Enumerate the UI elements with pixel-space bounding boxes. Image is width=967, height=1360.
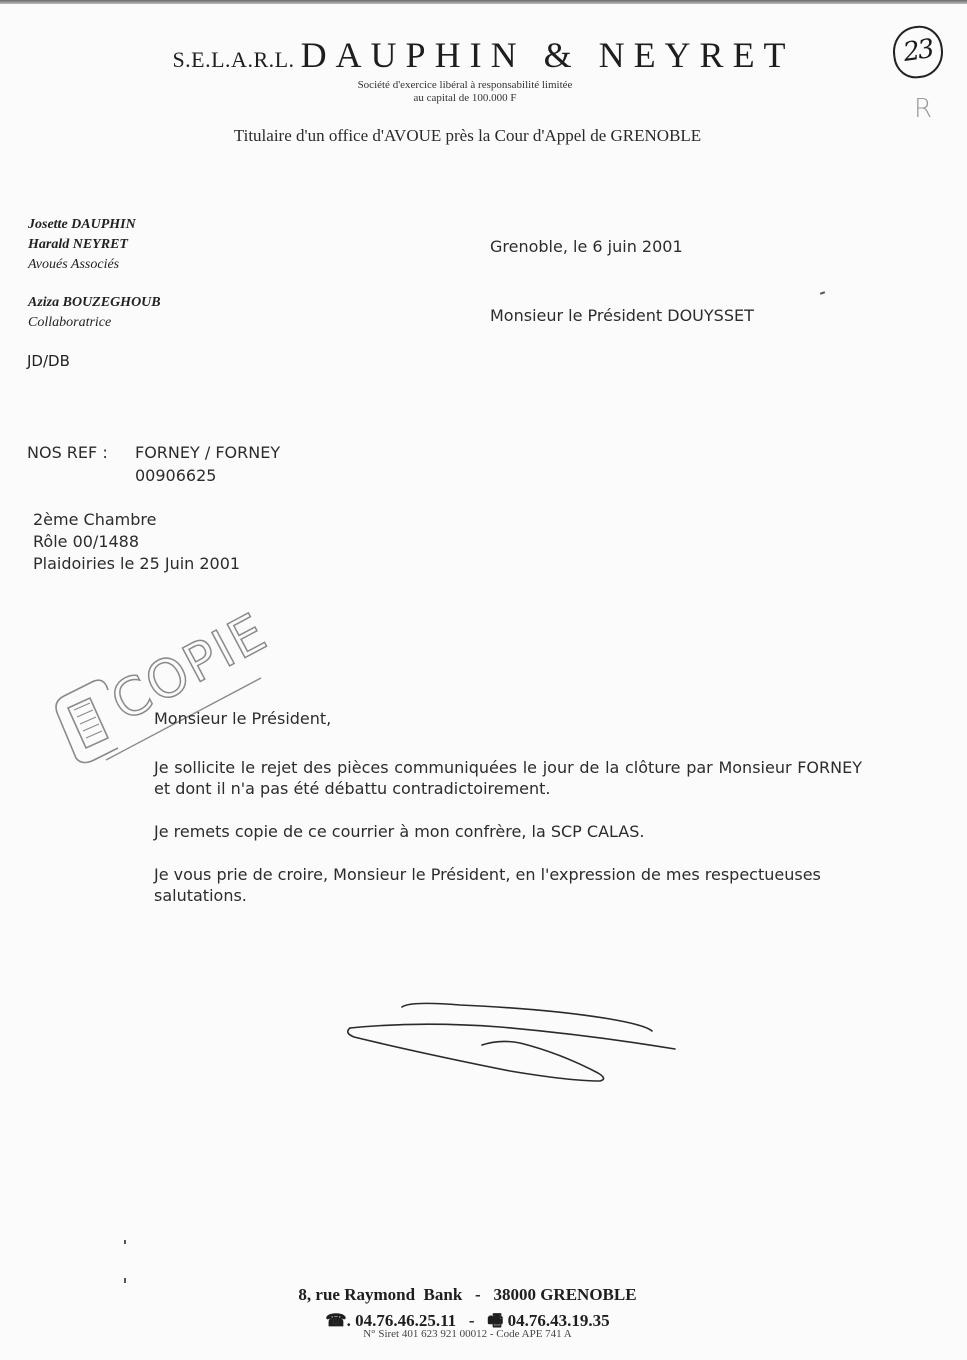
firm-subtitle-line2: au capital de 100.000 F (0, 92, 930, 105)
collaborator-name: Aziza BOUZEGHOUB (28, 293, 161, 313)
partner-name: Harald NEYRET (28, 235, 161, 255)
body-paragraph: Je remets copie de ce courrier à mon con… (154, 821, 862, 842)
scan-top-edge (0, 0, 967, 4)
initials: JD/DB (27, 352, 70, 370)
document-icon (68, 698, 108, 748)
body-paragraph: Je sollicite le rejet des pièces communi… (154, 757, 862, 799)
date-line: Grenoble, le 6 juin 2001 (490, 237, 683, 256)
case-hearing: Plaidoiries le 25 Juin 2001 (33, 553, 240, 575)
scan-speck (124, 1278, 126, 1283)
footer-address: 8, rue Raymond Bank - 38000 GRENOBLE (0, 1285, 935, 1305)
firm-subtitle-line1: Société d'exercice libéral à responsabil… (0, 79, 930, 92)
reference-block: NOS REF :FORNEY / FORNEY 00906625 (27, 441, 280, 487)
case-block: 2ème Chambre Rôle 00/1488 Plaidoiries le… (33, 509, 240, 575)
firm-name: DAUPHIN & NEYRET (301, 35, 795, 75)
partner-name: Josette DAUPHIN (28, 215, 161, 235)
recipient: Monsieur le Président DOUYSSET (490, 306, 754, 325)
handwritten-margin-mark: R (914, 94, 932, 124)
page-number-text: 23 (892, 25, 944, 77)
footer-registration: N° Siret 401 623 921 00012 - Code APE 74… (0, 1328, 935, 1340)
reference-number: 00906625 (27, 464, 280, 487)
reference-label: NOS REF : (27, 441, 135, 464)
body-paragraph: Je vous prie de croire, Monsieur le Prés… (154, 864, 862, 906)
scan-speck (124, 1240, 126, 1244)
partners-block: Josette DAUPHIN Harald NEYRET Avoués Ass… (28, 215, 161, 333)
scan-speck (820, 291, 825, 295)
firm-prefix: S.E.L.A.R.L. (172, 47, 294, 72)
case-role: Rôle 00/1488 (33, 531, 240, 553)
collaborator-role: Collaboratrice (28, 313, 161, 333)
case-chamber: 2ème Chambre (33, 509, 240, 531)
signature (330, 985, 690, 1090)
firm-title: Titulaire d'un office d'AVOUE près la Co… (0, 126, 935, 146)
reference-parties: FORNEY / FORNEY (135, 443, 280, 462)
letter-body: Monsieur le Président, Je sollicite le r… (154, 708, 862, 928)
partner-role: Avoués Associés (28, 255, 161, 275)
salutation: Monsieur le Président, (154, 708, 862, 729)
firm-header: S.E.L.A.R.L.DAUPHIN & NEYRET (0, 34, 967, 76)
